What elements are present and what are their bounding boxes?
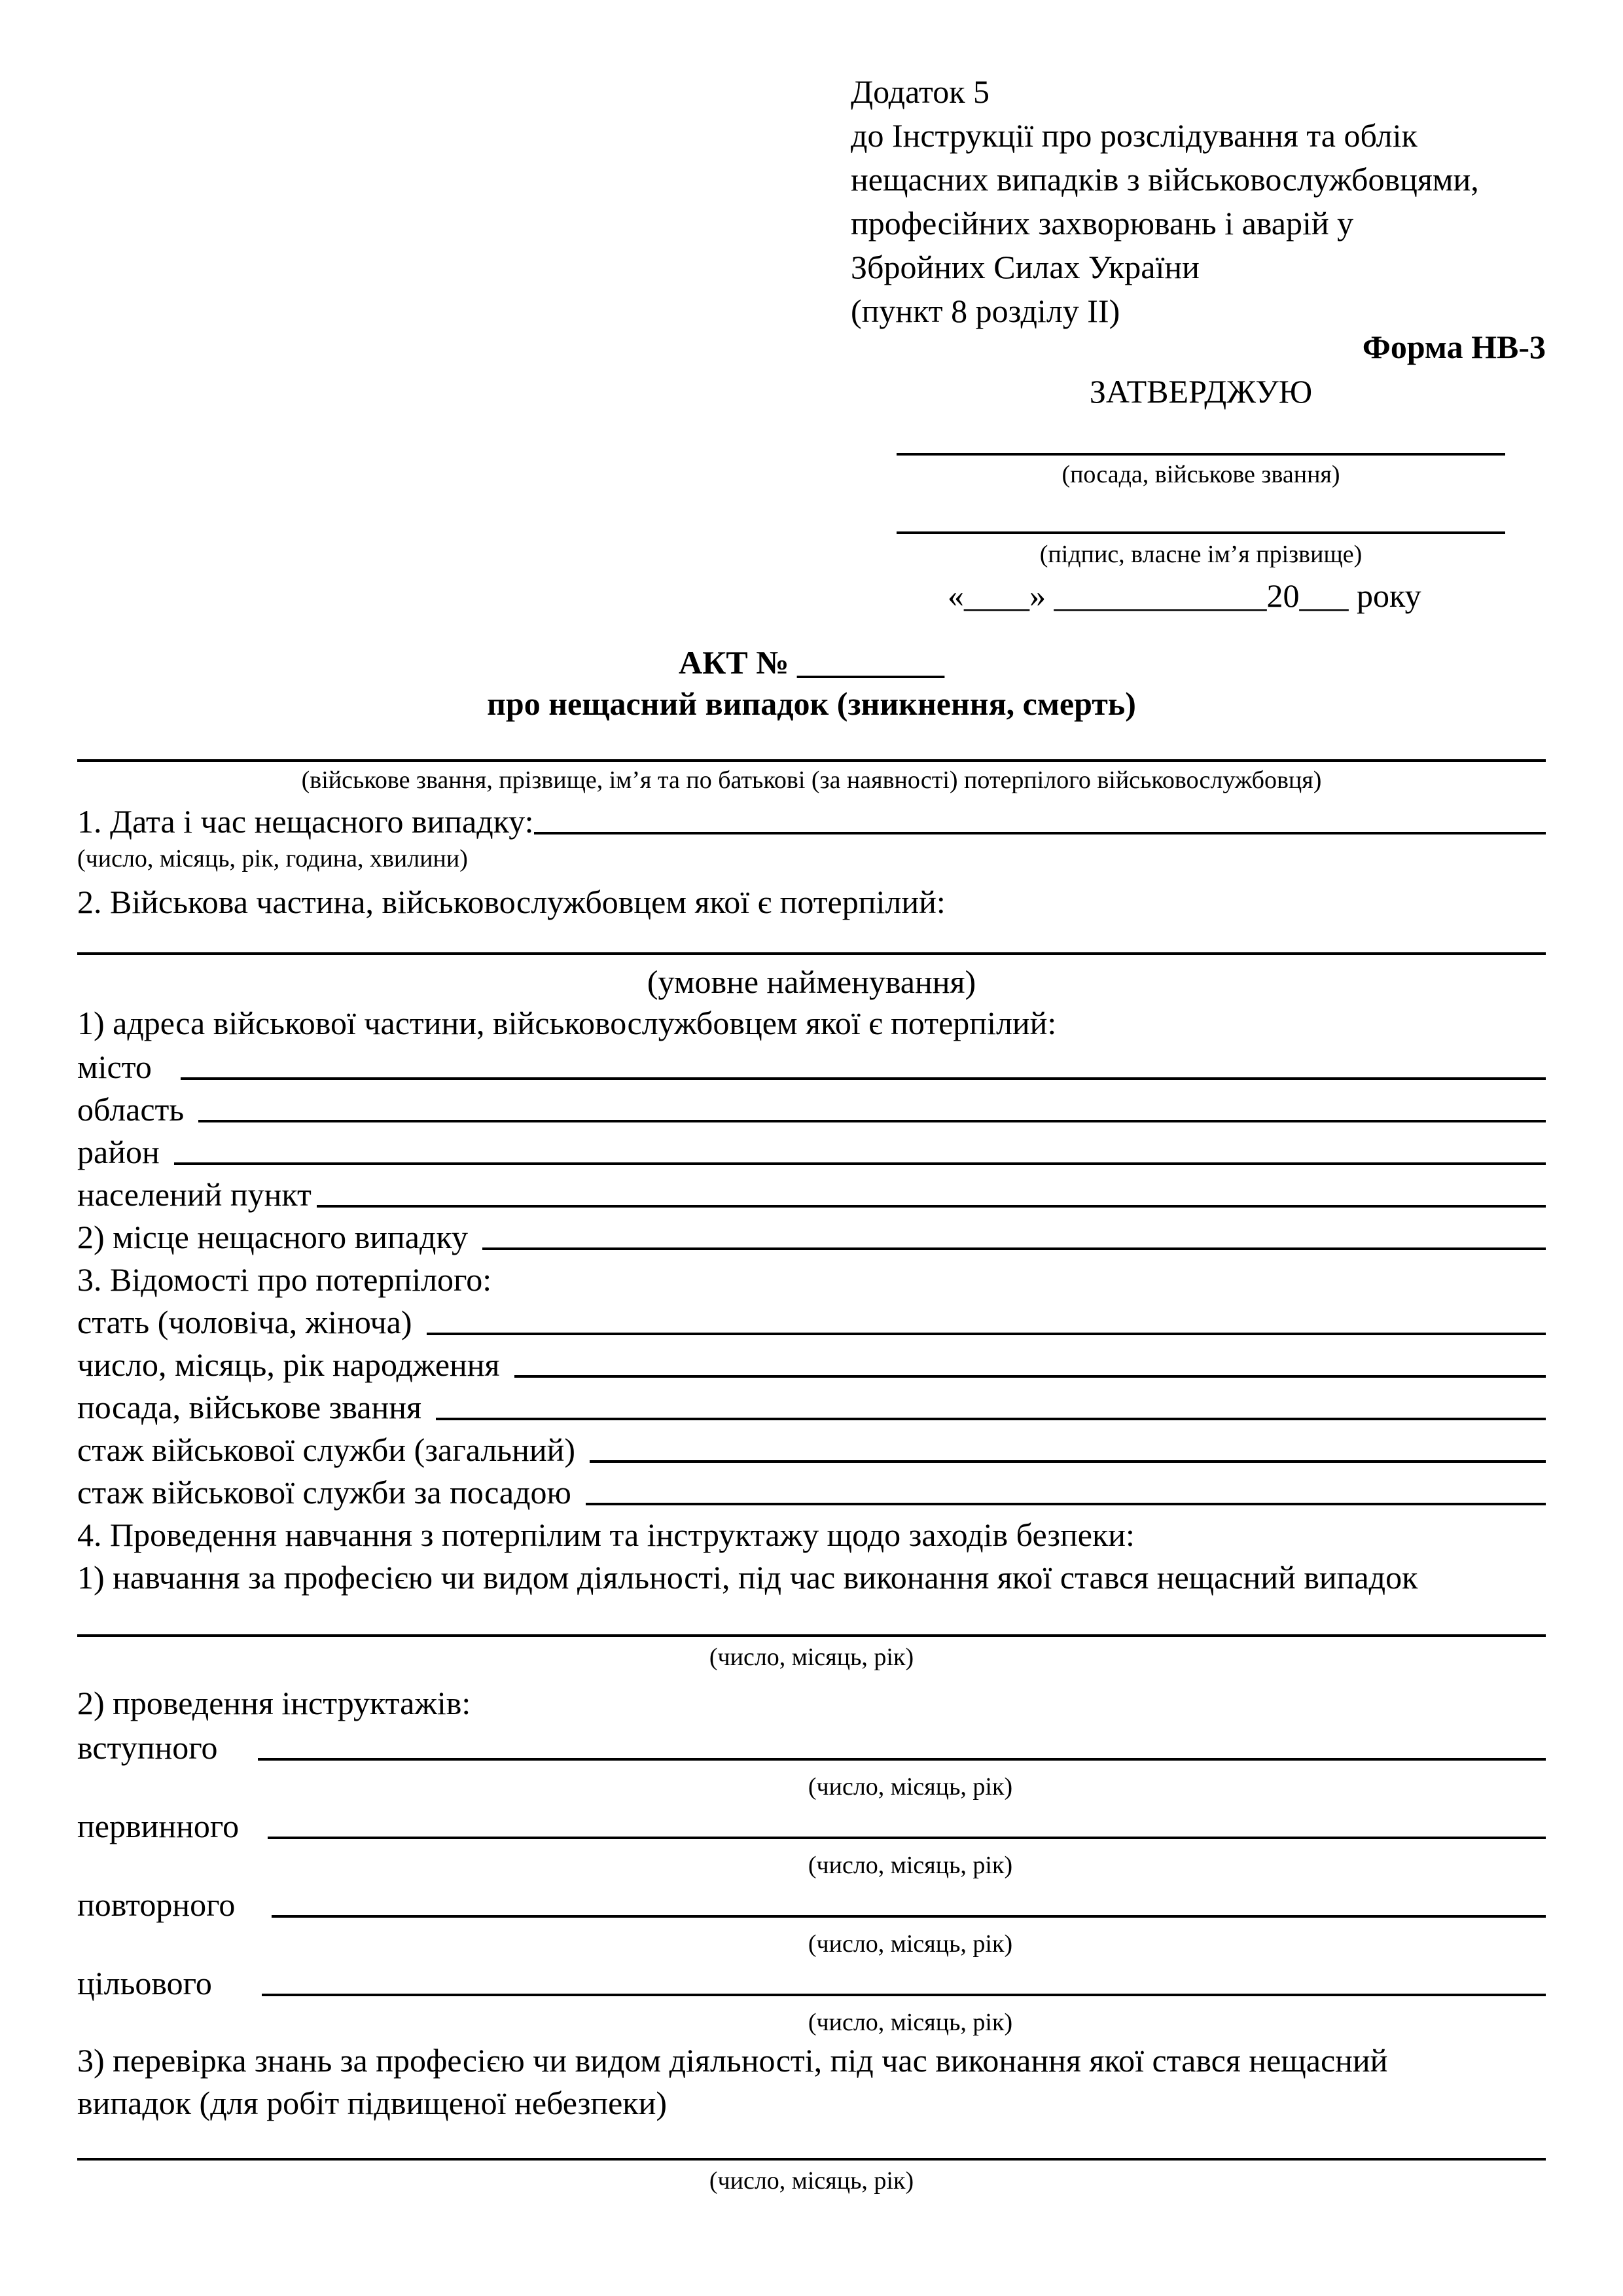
briefings-label: 2) проведення інструктажів:: [77, 1683, 471, 1723]
service-total-field[interactable]: стаж військової служби (загальний): [77, 1430, 1546, 1469]
targeted-label: цільового: [77, 1964, 212, 2003]
knowledge-check-line[interactable]: [77, 2158, 1546, 2161]
birth-date-field[interactable]: число, місяць, рік народження: [77, 1345, 1546, 1384]
training-label: 4. Проведення навчання з потерпілим та і…: [77, 1515, 1135, 1554]
signature-line[interactable]: [897, 531, 1505, 534]
accident-date-field[interactable]: 1. Дата і час нещасного випадку:: [77, 802, 1546, 841]
accident-place-label: 2) місце нещасного випадку: [77, 1217, 468, 1257]
sex-label: стать (чоловіча, жіноча): [77, 1302, 412, 1342]
date-caption: (число, місяць, рік): [77, 1643, 1546, 1672]
service-position-field[interactable]: стаж військової служби за посадою: [77, 1473, 1546, 1512]
appendix-line: професійних захворювань і аварій у: [851, 204, 1353, 243]
unit-name-line[interactable]: [77, 952, 1546, 955]
position-caption: (посада, військове звання): [897, 460, 1505, 489]
training-profession-line[interactable]: [77, 1634, 1546, 1637]
repeated-briefing-field[interactable]: повторного: [77, 1885, 1546, 1924]
region-label: область: [77, 1090, 184, 1129]
appendix-line: до Інструкції про розслідування та облік: [851, 116, 1418, 155]
position-rank-field[interactable]: посада, військове звання: [77, 1388, 1546, 1427]
unit-label: 2. Військова частина, військовослужбовце…: [77, 882, 946, 922]
date-caption: (число, місяць, рік): [275, 1929, 1546, 1958]
region-field[interactable]: область: [77, 1090, 1546, 1129]
signature-caption: (підпис, власне ім’я прізвище): [897, 540, 1505, 569]
city-field[interactable]: місто: [77, 1047, 1546, 1086]
victim-caption: (військове звання, прізвище, ім’я та по …: [77, 766, 1546, 795]
approval-title: ЗАТВЕРДЖУЮ: [897, 372, 1505, 411]
position-line[interactable]: [897, 453, 1505, 456]
knowledge-check-label-cont: випадок (для робіт підвищеної небезпеки): [77, 2083, 667, 2123]
act-title: АКТ № _________: [0, 643, 1623, 682]
service-position-input[interactable]: [586, 1503, 1546, 1505]
targeted-briefing-field[interactable]: цільового: [77, 1964, 1546, 2003]
repeated-input[interactable]: [272, 1915, 1546, 1918]
district-input[interactable]: [174, 1162, 1546, 1165]
region-input[interactable]: [198, 1120, 1546, 1122]
birth-date-input[interactable]: [514, 1375, 1546, 1378]
form-label: Форма НВ-3: [1363, 327, 1546, 367]
date-caption: (число, місяць, рік): [275, 2008, 1546, 2037]
service-total-label: стаж військової служби (загальний): [77, 1430, 575, 1469]
service-position-label: стаж військової служби за посадою: [77, 1473, 571, 1512]
primary-label: первинного: [77, 1806, 239, 1846]
induction-input[interactable]: [258, 1758, 1546, 1761]
district-label: район: [77, 1132, 160, 1172]
victim-info-label: 3. Відомості про потерпілого:: [77, 1260, 491, 1299]
birth-date-label: число, місяць, рік народження: [77, 1345, 500, 1384]
accident-date-label: 1. Дата і час нещасного випадку:: [77, 802, 534, 841]
date-caption: (число, місяць, рік): [77, 2166, 1546, 2195]
repeated-label: повторного: [77, 1885, 235, 1924]
primary-input[interactable]: [268, 1837, 1546, 1839]
service-total-input[interactable]: [590, 1460, 1546, 1463]
appendix-line: Додаток 5: [851, 72, 990, 111]
sex-input[interactable]: [427, 1333, 1546, 1335]
date-caption: (число, місяць, рік): [275, 1851, 1546, 1880]
appendix-line: Збройних Силах України: [851, 247, 1200, 287]
city-label: місто: [77, 1047, 152, 1086]
date-caption: (число, місяць, рік): [275, 1772, 1546, 1801]
appendix-line: (пункт 8 розділу II): [851, 291, 1120, 331]
sex-field[interactable]: стать (чоловіча, жіноча): [77, 1302, 1546, 1342]
district-field[interactable]: район: [77, 1132, 1546, 1172]
knowledge-check-label: 3) перевірка знань за професією чи видом…: [77, 2041, 1387, 2080]
position-rank-label: посада, військове звання: [77, 1388, 421, 1427]
settlement-field[interactable]: населений пункт: [77, 1175, 1546, 1214]
accident-date-input[interactable]: [534, 832, 1546, 834]
victim-line[interactable]: [77, 759, 1546, 762]
settlement-label: населений пункт: [77, 1175, 312, 1214]
accident-place-field[interactable]: 2) місце нещасного випадку: [77, 1217, 1546, 1257]
accident-place-input[interactable]: [482, 1247, 1546, 1250]
position-rank-input[interactable]: [436, 1418, 1546, 1420]
induction-label: вступного: [77, 1728, 217, 1767]
approval-date[interactable]: «____» _____________20___ року: [948, 576, 1421, 615]
primary-briefing-field[interactable]: первинного: [77, 1806, 1546, 1846]
induction-briefing-field[interactable]: вступного: [77, 1728, 1546, 1767]
unit-address-label: 1) адреса військової частини, військовос…: [77, 1003, 1056, 1043]
targeted-input[interactable]: [262, 1994, 1546, 1996]
unit-caption: (умовне найменування): [77, 962, 1546, 1001]
settlement-input[interactable]: [317, 1205, 1546, 1208]
act-subtitle: про нещасний випадок (зникнення, смерть): [0, 684, 1623, 723]
city-input[interactable]: [181, 1077, 1546, 1080]
training-profession-label: 1) навчання за професією чи видом діяльн…: [77, 1558, 1418, 1597]
accident-date-caption: (число, місяць, рік, година, хвилини): [77, 844, 468, 873]
appendix-line: нещасних випадків з військовослужбовцями…: [851, 160, 1479, 199]
